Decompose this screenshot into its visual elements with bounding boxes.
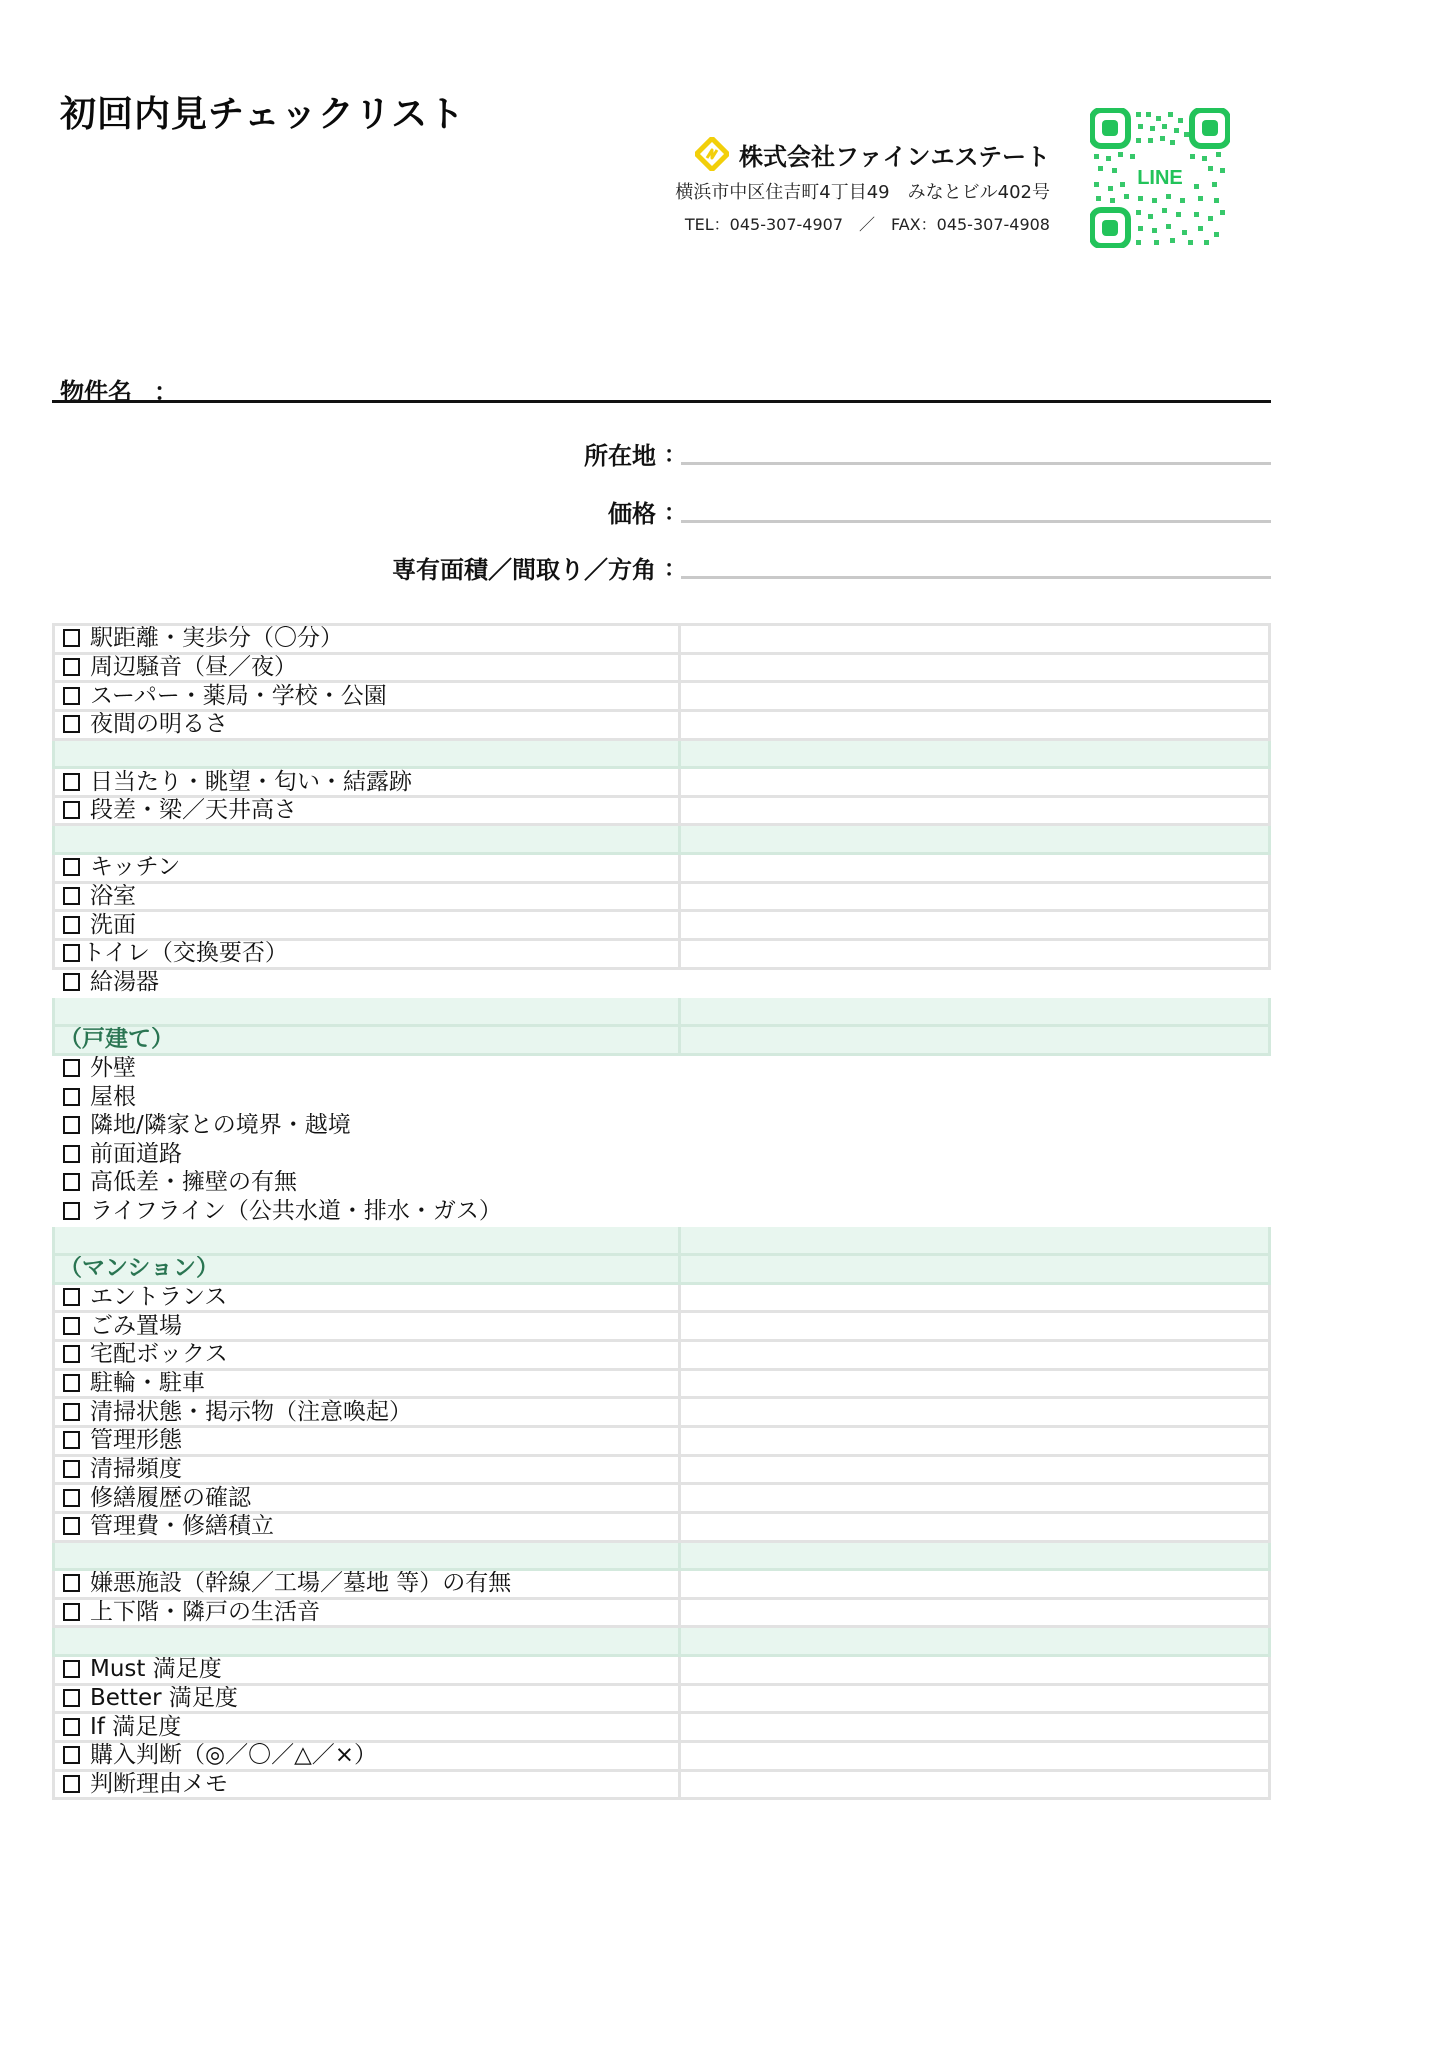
checklist-note-cell[interactable] xyxy=(680,1770,1270,1799)
checklist-row: ライフライン（公共水道・排水・ガス） xyxy=(54,1197,1270,1226)
section-header-row: （マンション） xyxy=(54,1255,1270,1284)
area-layout-direction-label: 専有面積／間取り／方角 xyxy=(392,550,656,585)
checklist-note-cell[interactable] xyxy=(680,1341,1270,1370)
checklist-note-cell[interactable] xyxy=(680,1054,1270,1083)
checkbox-icon[interactable] xyxy=(63,973,80,991)
checklist-item-cell: 判断理由メモ xyxy=(54,1770,680,1799)
checklist-note-cell[interactable] xyxy=(680,1140,1270,1169)
checklist-item-label: 給湯器 xyxy=(90,969,159,995)
checklist-note-cell xyxy=(680,997,1270,1026)
checklist-row: 浴室 xyxy=(54,882,1270,911)
checklist-note-cell[interactable] xyxy=(680,1684,1270,1713)
checklist-note-cell[interactable] xyxy=(680,1398,1270,1427)
checklist-row: 管理形態 xyxy=(54,1426,1270,1455)
checklist-item-cell xyxy=(54,997,680,1026)
checklist-note-cell[interactable] xyxy=(680,1111,1270,1140)
checklist-item-label: ライフライン（公共水道・排水・ガス） xyxy=(90,1198,502,1224)
checklist-item-label: エントランス xyxy=(90,1284,227,1310)
checkbox-icon[interactable] xyxy=(63,858,80,876)
checklist-item-cell: ごみ置場 xyxy=(54,1312,680,1341)
company-address: 横浜市中区住吉町4丁目49 みなとビル402号 xyxy=(600,178,1050,204)
checkbox-icon[interactable] xyxy=(63,1317,80,1335)
company-name: 株式会社ファインエステート xyxy=(739,137,1050,172)
checklist-item-cell xyxy=(54,739,680,768)
checkbox-icon[interactable] xyxy=(63,1288,80,1306)
checkbox-icon[interactable] xyxy=(63,1345,80,1363)
checklist-item-label: 前面道路 xyxy=(90,1141,182,1167)
checklist-item-label: Better 満足度 xyxy=(90,1685,238,1711)
checklist-note-cell[interactable] xyxy=(680,768,1270,797)
checklist-item-cell: Must 満足度 xyxy=(54,1656,680,1685)
checklist-note-cell[interactable] xyxy=(680,1169,1270,1198)
checklist-item-label: 日当たり・眺望・匂い・結露跡 xyxy=(90,769,412,795)
checklist-row: If 満足度 xyxy=(54,1713,1270,1742)
checklist-row: 修繕履歴の確認 xyxy=(54,1484,1270,1513)
checklist-item-cell: キッチン xyxy=(54,854,680,883)
checklist-row: 屋根 xyxy=(54,1083,1270,1112)
checkbox-icon[interactable] xyxy=(63,1517,80,1535)
checklist-item-cell: 給湯器 xyxy=(54,968,680,997)
checklist-row: 周辺騒音（昼／夜） xyxy=(54,653,1270,682)
checklist-row: 隣地/隣家との境界・越境 xyxy=(54,1111,1270,1140)
spacer-row xyxy=(54,739,1270,768)
diamond-logo-icon xyxy=(695,137,729,171)
checklist-item-label: 購入判断（◎／〇／△／×） xyxy=(90,1742,377,1768)
checklist-item-label: If 満足度 xyxy=(90,1714,181,1740)
checklist-item-cell: 管理形態 xyxy=(54,1426,680,1455)
checklist-item-label: 外壁 xyxy=(90,1055,136,1081)
checklist-item-cell: 段差・梁／天井高さ xyxy=(54,796,680,825)
checklist-item-cell: 浴室 xyxy=(54,882,680,911)
checklist-item-cell: 屋根 xyxy=(54,1083,680,1112)
checklist-row: キッチン xyxy=(54,854,1270,883)
checklist-item-cell: 日当たり・眺望・匂い・結露跡 xyxy=(54,768,680,797)
checklist-row: 外壁 xyxy=(54,1054,1270,1083)
checkbox-icon[interactable] xyxy=(63,629,80,647)
checklist-row: 清掃頻度 xyxy=(54,1455,1270,1484)
checklist-item-cell: 洗面 xyxy=(54,911,680,940)
checkbox-icon[interactable] xyxy=(63,1718,80,1736)
checklist-item-label: 夜間の明るさ xyxy=(90,711,228,737)
checkbox-icon[interactable] xyxy=(63,1660,80,1678)
checklist-item-cell: スーパー・薬局・学校・公園 xyxy=(54,682,680,711)
checklist-row: ごみ置場 xyxy=(54,1312,1270,1341)
section-title: （戸建て） xyxy=(59,1026,174,1052)
line-qr-code-icon[interactable]: LINE xyxy=(1090,108,1230,248)
checkbox-icon[interactable] xyxy=(63,944,80,962)
checklist-item-label: 管理費・修繕積立 xyxy=(90,1513,274,1539)
checklist-note-cell[interactable] xyxy=(680,796,1270,825)
checklist-item-cell: 前面道路 xyxy=(54,1140,680,1169)
spacer-row xyxy=(54,825,1270,854)
checklist-item-label: ごみ置場 xyxy=(90,1313,182,1339)
checklist-note-cell[interactable] xyxy=(680,1369,1270,1398)
checkbox-icon[interactable] xyxy=(63,1374,80,1392)
location-input-line[interactable] xyxy=(681,462,1271,465)
checklist-item-label: 高低差・擁壁の有無 xyxy=(90,1169,297,1195)
checklist-item-label: トイレ（交換要否） xyxy=(82,940,288,966)
checklist-row: Better 満足度 xyxy=(54,1684,1270,1713)
checklist-item-cell: トイレ（交換要否） xyxy=(54,940,680,969)
checklist-item-label: 駐輪・駐車 xyxy=(90,1370,205,1396)
checklist-note-cell[interactable] xyxy=(680,940,1270,969)
checklist-note-cell[interactable] xyxy=(680,1598,1270,1627)
checklist-note-cell[interactable] xyxy=(680,1570,1270,1599)
checklist-note-cell[interactable] xyxy=(680,1512,1270,1541)
spacer-row xyxy=(54,1627,1270,1656)
checkbox-icon[interactable] xyxy=(63,1603,80,1621)
checklist-item-cell xyxy=(54,1541,680,1570)
checklist-item-label: 洗面 xyxy=(90,912,136,938)
checklist-row: 段差・梁／天井高さ xyxy=(54,796,1270,825)
checklist-note-cell[interactable] xyxy=(680,710,1270,739)
checklist-note-cell[interactable] xyxy=(680,1197,1270,1226)
checklist-item-cell: 駐輪・駐車 xyxy=(54,1369,680,1398)
checklist-row: 駐輪・駐車 xyxy=(54,1369,1270,1398)
checklist-item-cell: 外壁 xyxy=(54,1054,680,1083)
checklist-item-label: 駅距離・実歩分（〇分） xyxy=(90,625,343,651)
checkbox-icon[interactable] xyxy=(63,1145,80,1163)
checklist-item-label: 判断理由メモ xyxy=(90,1771,228,1797)
checklist-row: 宅配ボックス xyxy=(54,1341,1270,1370)
checklist-item-label: 清掃状態・掲示物（注意喚起） xyxy=(90,1399,412,1425)
company-name-row: 株式会社ファインエステート xyxy=(600,136,1050,172)
checklist-note-cell[interactable] xyxy=(680,625,1270,654)
checkbox-icon[interactable] xyxy=(63,1116,80,1134)
checkbox-icon[interactable] xyxy=(63,658,80,676)
checklist-item-cell: 嫌悪施設（幹線／工場／墓地 等）の有無 xyxy=(54,1570,680,1599)
checklist-item-label: 浴室 xyxy=(90,883,136,909)
checklist-row: 日当たり・眺望・匂い・結露跡 xyxy=(54,768,1270,797)
checklist-note-cell[interactable] xyxy=(680,1312,1270,1341)
checklist-item-cell: 清掃頻度 xyxy=(54,1455,680,1484)
checklist-note-cell[interactable] xyxy=(680,1713,1270,1742)
checklist-row: 洗面 xyxy=(54,911,1270,940)
checklist-item-label: 宅配ボックス xyxy=(90,1341,228,1367)
location-label: 所在地 xyxy=(584,436,656,471)
checklist-note-cell[interactable] xyxy=(680,653,1270,682)
checklist-row: 上下階・隣戸の生活音 xyxy=(54,1598,1270,1627)
checklist-row: 高低差・擁壁の有無 xyxy=(54,1169,1270,1198)
checklist-item-label: 修繕履歴の確認 xyxy=(90,1485,251,1511)
checklist-item-cell: ライフライン（公共水道・排水・ガス） xyxy=(54,1197,680,1226)
checklist-note-cell xyxy=(680,1627,1270,1656)
checklist-item-cell: 周辺騒音（昼／夜） xyxy=(54,653,680,682)
checkbox-icon[interactable] xyxy=(63,1689,80,1707)
section-title: （マンション） xyxy=(59,1255,219,1281)
checklist-row: トイレ（交換要否） xyxy=(54,940,1270,969)
checkbox-icon[interactable] xyxy=(63,1460,80,1478)
checklist-item-label: スーパー・薬局・学校・公園 xyxy=(90,683,387,709)
checklist-note-cell[interactable] xyxy=(680,854,1270,883)
checklist-note-cell[interactable] xyxy=(680,1484,1270,1513)
checklist-item-label: 隣地/隣家との境界・越境 xyxy=(90,1112,351,1138)
checklist-row: 清掃状態・掲示物（注意喚起） xyxy=(54,1398,1270,1427)
section-header-row: （戸建て） xyxy=(54,1025,1270,1054)
spacer-row xyxy=(54,1226,1270,1255)
checklist-note-cell[interactable] xyxy=(680,1426,1270,1455)
checklist-note-cell[interactable] xyxy=(680,1455,1270,1484)
checklist-item-label: 屋根 xyxy=(90,1084,136,1110)
price-label: 価格 xyxy=(608,494,656,529)
checklist-item-label: 清掃頻度 xyxy=(90,1456,182,1482)
checklist-item-cell: （戸建て） xyxy=(54,1025,680,1054)
svg-text:LINE: LINE xyxy=(1137,167,1183,189)
checkbox-icon[interactable] xyxy=(63,1574,80,1592)
checkbox-icon[interactable] xyxy=(63,916,80,934)
price-input-line[interactable] xyxy=(681,520,1271,523)
checkbox-icon[interactable] xyxy=(63,687,80,705)
checklist-note-cell[interactable] xyxy=(680,1083,1270,1112)
checklist-item-label: 管理形態 xyxy=(90,1427,182,1453)
checklist-note-cell xyxy=(680,1025,1270,1054)
checklist-row: 管理費・修繕積立 xyxy=(54,1512,1270,1541)
spacer-row xyxy=(54,1541,1270,1570)
checkbox-icon[interactable] xyxy=(63,801,80,819)
checklist-item-cell xyxy=(54,825,680,854)
checklist-item-cell xyxy=(54,1627,680,1656)
property-name-input-line[interactable] xyxy=(52,400,1271,403)
area-layout-direction-input-line[interactable] xyxy=(681,576,1271,579)
checkbox-icon[interactable] xyxy=(63,1775,80,1793)
checklist-note-cell[interactable] xyxy=(680,968,1270,997)
checklist-note-cell xyxy=(680,1255,1270,1284)
checklist-item-label: 段差・梁／天井高さ xyxy=(90,797,297,823)
checklist-row: 駅距離・実歩分（〇分） xyxy=(54,625,1270,654)
checklist-item-cell: 管理費・修繕積立 xyxy=(54,1512,680,1541)
checklist-item-cell: 夜間の明るさ xyxy=(54,710,680,739)
checklist-item-cell: （マンション） xyxy=(54,1255,680,1284)
checklist-note-cell xyxy=(680,1226,1270,1255)
checklist-item-cell xyxy=(54,1226,680,1255)
checklist-item-cell: 駅距離・実歩分（〇分） xyxy=(54,625,680,654)
checklist-note-cell[interactable] xyxy=(680,1656,1270,1685)
checklist-item-cell: If 満足度 xyxy=(54,1713,680,1742)
checklist-item-cell: 修繕履歴の確認 xyxy=(54,1484,680,1513)
checklist-row: スーパー・薬局・学校・公園 xyxy=(54,682,1270,711)
company-info: 株式会社ファインエステート 横浜市中区住吉町4丁目49 みなとビル402号 TE… xyxy=(600,136,1050,235)
checklist-note-cell[interactable] xyxy=(680,882,1270,911)
checklist-item-cell: 隣地/隣家との境界・越境 xyxy=(54,1111,680,1140)
checkbox-icon[interactable] xyxy=(63,1403,80,1421)
checklist-note-cell[interactable] xyxy=(680,682,1270,711)
checklist-item-label: 上下階・隣戸の生活音 xyxy=(90,1599,320,1625)
checklist-row: 前面道路 xyxy=(54,1140,1270,1169)
checkbox-icon[interactable] xyxy=(63,1746,80,1764)
checklist-row: 嫌悪施設（幹線／工場／墓地 等）の有無 xyxy=(54,1570,1270,1599)
checklist-item-cell: 上下階・隣戸の生活音 xyxy=(54,1598,680,1627)
checklist-item-cell: 宅配ボックス xyxy=(54,1341,680,1370)
checklist-item-cell: 清掃状態・掲示物（注意喚起） xyxy=(54,1398,680,1427)
checklist-item-label: キッチン xyxy=(90,854,180,880)
checkbox-icon[interactable] xyxy=(63,1489,80,1507)
checklist-item-cell: 購入判断（◎／〇／△／×） xyxy=(54,1741,680,1770)
checklist-note-cell[interactable] xyxy=(680,1741,1270,1770)
checklist-item-label: Must 満足度 xyxy=(90,1656,222,1682)
checkbox-icon[interactable] xyxy=(63,1173,80,1191)
page-title: 初回内見チェックリスト xyxy=(60,86,465,137)
checklist-note-cell xyxy=(680,739,1270,768)
checkbox-icon[interactable] xyxy=(63,773,80,791)
checkbox-icon[interactable] xyxy=(63,887,80,905)
checkbox-icon[interactable] xyxy=(63,1088,80,1106)
checkbox-icon[interactable] xyxy=(63,715,80,733)
checkbox-icon[interactable] xyxy=(63,1431,80,1449)
checklist-row: 購入判断（◎／〇／△／×） xyxy=(54,1741,1270,1770)
checklist-note-cell xyxy=(680,1541,1270,1570)
checklist-note-cell[interactable] xyxy=(680,911,1270,940)
checkbox-icon[interactable] xyxy=(63,1202,80,1220)
checklist-row: Must 満足度 xyxy=(54,1656,1270,1685)
checklist-row: 判断理由メモ xyxy=(54,1770,1270,1799)
checklist-row: エントランス xyxy=(54,1283,1270,1312)
checklist-item-cell: エントランス xyxy=(54,1283,680,1312)
checkbox-icon[interactable] xyxy=(63,1059,80,1077)
checklist-item-label: 嫌悪施設（幹線／工場／墓地 等）の有無 xyxy=(90,1570,511,1596)
spacer-row xyxy=(54,997,1270,1026)
checklist-row: 夜間の明るさ xyxy=(54,710,1270,739)
checklist-row: 給湯器 xyxy=(54,968,1270,997)
company-contact: TEL：045-307-4907 ／ FAX：045-307-4908 xyxy=(600,212,1050,235)
checklist-note-cell xyxy=(680,825,1270,854)
checklist-item-cell: Better 満足度 xyxy=(54,1684,680,1713)
checklist-note-cell[interactable] xyxy=(680,1283,1270,1312)
checklist-item-label: 周辺騒音（昼／夜） xyxy=(90,654,297,680)
inspection-checklist-table: 駅距離・実歩分（〇分）周辺騒音（昼／夜）スーパー・薬局・学校・公園夜間の明るさ日… xyxy=(52,623,1271,1800)
checklist-item-cell: 高低差・擁壁の有無 xyxy=(54,1169,680,1198)
